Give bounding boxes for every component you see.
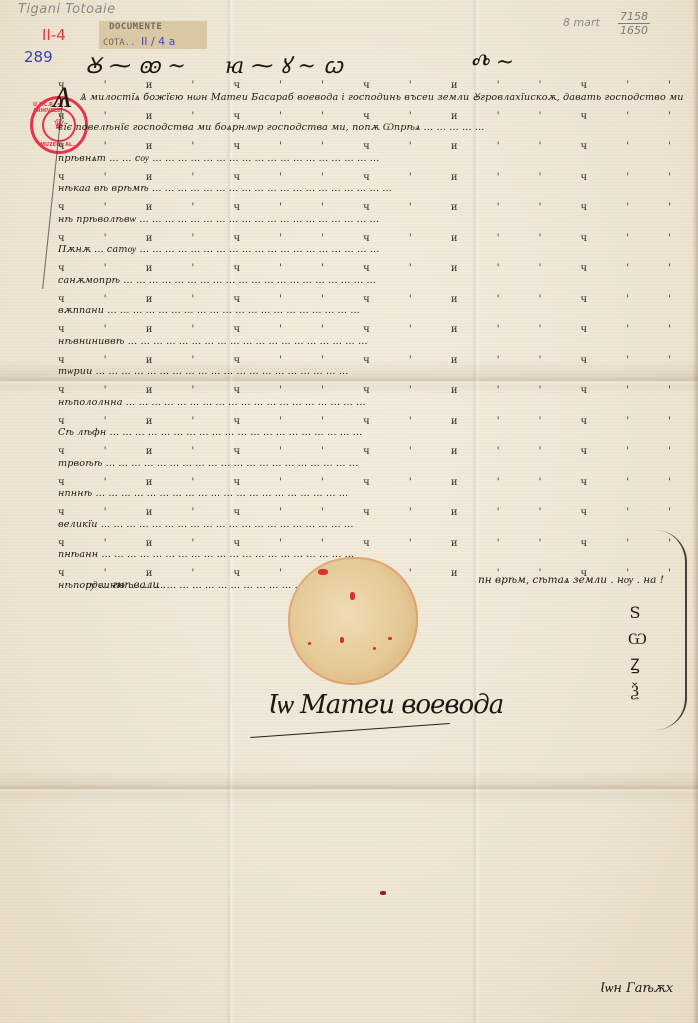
red-reference: II-4 bbox=[42, 26, 66, 44]
text-line: ч ' и ' ч ' ' ч ' и ' ' ч ' ' итѡрии ...… bbox=[58, 353, 688, 384]
text-line: ч ' и ' ч ' ' ч ' и ' ' ч ' ' исанѫмопрѣ… bbox=[58, 261, 688, 292]
label-cota-value: II / 4 a bbox=[141, 35, 175, 48]
text-line: ч ' и ' ч ' ' ч ' и ' ' ч ' ' инѣвнинивв… bbox=[58, 322, 688, 353]
inventory-number: 7158 1650 bbox=[618, 10, 650, 37]
signature-flourish bbox=[250, 723, 450, 738]
vertical-year-numerals: Ѕ Ѡ Ꙁ Ѯ bbox=[628, 600, 642, 704]
voivode-signature: Ꙇѡ Матеи воевода bbox=[268, 690, 503, 720]
date-line: пн врѣм, сѣтаѧ земли . нѹ . на ! bbox=[478, 574, 664, 586]
archive-label-slip: DOCUMENTE COTA.. II / 4 a bbox=[99, 21, 207, 49]
inventory-year: 1650 bbox=[620, 24, 648, 37]
horizontal-fold bbox=[0, 784, 698, 794]
seal-speck bbox=[308, 642, 311, 645]
text-line: ч ' и ' ч ' ' ч ' и ' ' ч ' ' инѣпололнн… bbox=[58, 383, 688, 414]
text-line: ч ' и ' ч ' ' ч ' и ' ' ч ' ' инѣ прѣвол… bbox=[58, 200, 688, 231]
label-cota: COTA.. II / 4 a bbox=[103, 35, 175, 48]
wax-drop bbox=[380, 891, 386, 895]
text-line: ч ' и ' ч ' ' ч ' и ' ' ч ' ' иПѫнѫ ... … bbox=[58, 231, 688, 262]
closing-text: ѹ ... гнѣвали . bbox=[86, 579, 166, 591]
label-cota-prefix: COTA bbox=[103, 38, 125, 48]
text-line: ч ' и ' ч ' ' ч ' и ' ' ч ' ' иСѣ лѣфн .… bbox=[58, 414, 688, 445]
wax-seal bbox=[288, 557, 418, 685]
text-line: ч ' и ' ч ' ' ч ' и ' ' ч ' ' ивеликїи .… bbox=[58, 505, 688, 536]
blue-number: 289 bbox=[24, 48, 53, 66]
seal-speck bbox=[373, 647, 376, 650]
label-title: DOCUMENTE bbox=[109, 22, 162, 32]
charter-body: ч ' и ' ч ' ' ч ' и ' ' ч ' ' иѦ милостї… bbox=[58, 78, 688, 597]
text-line: ч ' и ' ч ' ' ч ' и ' ' ч ' ' исїє повел… bbox=[58, 109, 688, 140]
text-line: ч ' и ' ч ' ' ч ' и ' ' ч ' ' инѣкаа вѣ … bbox=[58, 170, 688, 201]
text-line: ч ' и ' ч ' ' ч ' и ' ' ч ' ' ипрѣвнѧт .… bbox=[58, 139, 688, 170]
text-line: ч ' и ' ч ' ' ч ' и ' ' ч ' ' инпннѣ ...… bbox=[58, 475, 688, 506]
right-margin-flourish bbox=[655, 530, 687, 730]
seal-speck bbox=[340, 637, 344, 643]
text-line: ч ' и ' ч ' ' ч ' и ' ' ч ' ' иѦ милостї… bbox=[58, 78, 688, 109]
seal-speck bbox=[388, 637, 392, 640]
inventory-number-top: 7158 bbox=[618, 10, 650, 24]
logothete-signature: Ꙇѡн Гаѣѫх bbox=[600, 980, 673, 996]
pencil-caption: Tigani Totoaie bbox=[18, 2, 116, 17]
header-flourish: Ⰴ ~ bbox=[470, 50, 514, 75]
seal-speck bbox=[350, 592, 355, 600]
header-flourish: Ꙋ ⁓ ꙭ ~ bbox=[85, 50, 186, 80]
text-line: ч ' и ' ч ' ' ч ' и ' ' ч ' ' ивѫппани .… bbox=[58, 292, 688, 323]
text-line: ч ' и ' ч ' ' ч ' и ' ' ч ' ' итрвоѣѣ ..… bbox=[58, 444, 688, 475]
header-flourish: ꙗ ⁓ ꙋ ~ ꙍ bbox=[225, 50, 343, 80]
document-page: Tigani Totoaie II-4 289 DOCUMENTE COTA..… bbox=[0, 0, 698, 1023]
date-note: 8 mart bbox=[563, 16, 600, 29]
seal-speck bbox=[318, 569, 328, 575]
